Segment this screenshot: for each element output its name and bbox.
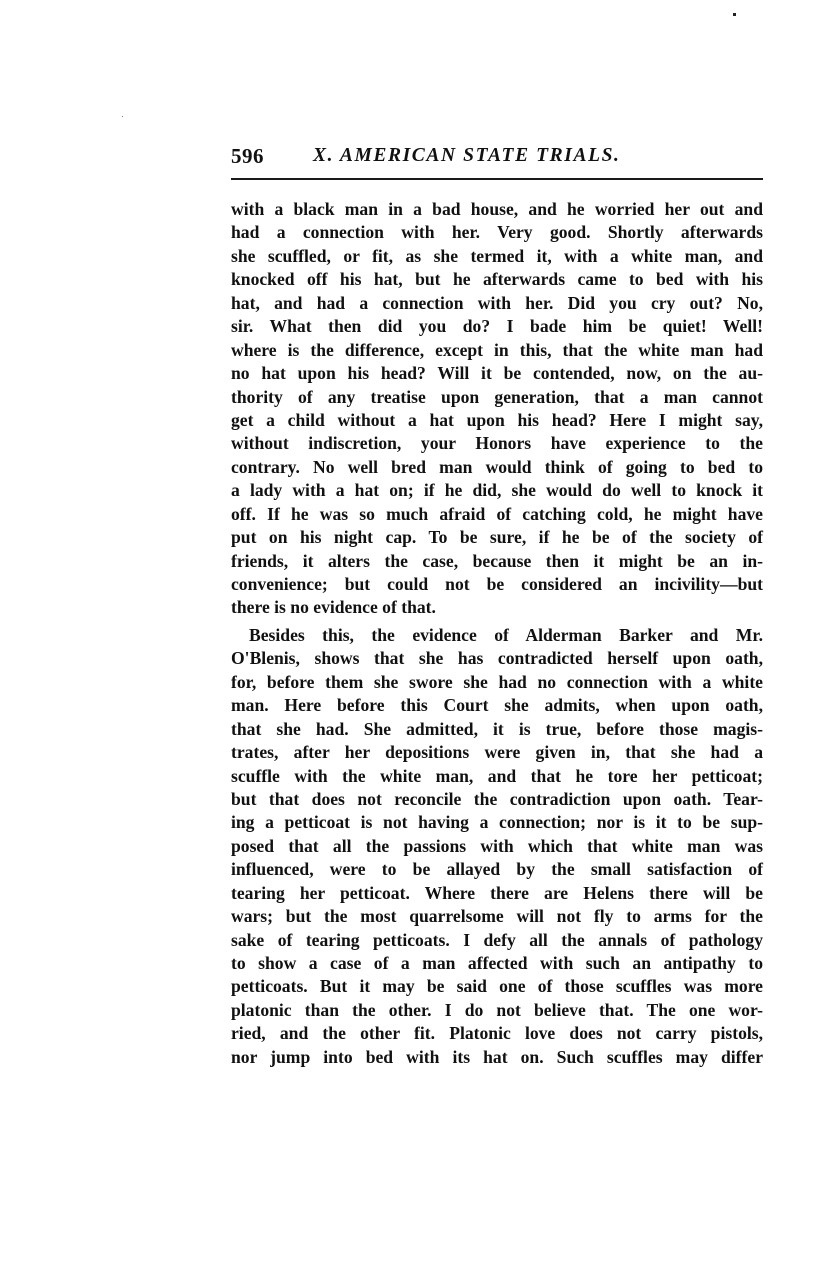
- header-rule: [231, 178, 763, 180]
- text-line: there is no evidence of that.: [231, 596, 763, 619]
- text-line: petticoats. But it may be said one of th…: [231, 975, 763, 998]
- text-line: that she had. She admitted, it is true, …: [231, 718, 763, 741]
- body-text: with a black man in a bad house, and he …: [231, 198, 763, 1069]
- text-line: but that does not reconcile the contradi…: [231, 788, 763, 811]
- text-line: Besides this, the evidence of Alderman B…: [231, 624, 763, 647]
- text-line: a lady with a hat on; if he did, she wou…: [231, 479, 763, 502]
- text-line: put on his night cap. To be sure, if he …: [231, 526, 763, 549]
- text-line: convenience; but could not be considered…: [231, 573, 763, 596]
- paragraph-2: Besides this, the evidence of Alderman B…: [231, 624, 763, 1069]
- text-line: wars; but the most quarrelsome will not …: [231, 905, 763, 928]
- text-line: nor jump into bed with its hat on. Such …: [231, 1046, 763, 1069]
- scan-speck: [733, 13, 736, 16]
- text-line: thority of any treatise upon generation,…: [231, 386, 763, 409]
- text-line: with a black man in a bad house, and he …: [231, 198, 763, 221]
- text-line: ried, and the other fit. Platonic love d…: [231, 1022, 763, 1045]
- text-line: posed that all the passions with which t…: [231, 835, 763, 858]
- text-line: man. Here before this Court she admits, …: [231, 694, 763, 717]
- text-line: contrary. No well bred man would think o…: [231, 456, 763, 479]
- scan-speck: [122, 116, 123, 117]
- text-line: tearing her petticoat. Where there are H…: [231, 882, 763, 905]
- text-line: where is the difference, except in this,…: [231, 339, 763, 362]
- running-head: 596 X. AMERICAN STATE TRIALS.: [231, 144, 763, 174]
- text-line: for, before them she swore she had no co…: [231, 671, 763, 694]
- running-title: X. AMERICAN STATE TRIALS.: [313, 145, 621, 167]
- text-line: had a connection with her. Very good. Sh…: [231, 221, 763, 244]
- text-line: trates, after her depositions were given…: [231, 741, 763, 764]
- text-line: to show a case of a man affected with su…: [231, 952, 763, 975]
- text-line: ing a petticoat is not having a connecti…: [231, 811, 763, 834]
- text-line: hat, and had a connection with her. Did …: [231, 292, 763, 315]
- text-line: no hat upon his head? Will it be contend…: [231, 362, 763, 385]
- text-line: sake of tearing petticoats. I defy all t…: [231, 929, 763, 952]
- text-line-content: Besides this, the evidence of Alderman B…: [249, 624, 763, 647]
- page-number: 596: [231, 144, 264, 169]
- text-line: knocked off his hat, but he afterwards c…: [231, 268, 763, 291]
- text-line: without indiscretion, your Honors have e…: [231, 432, 763, 455]
- text-line: off. If he was so much afraid of catchin…: [231, 503, 763, 526]
- text-line: O'Blenis, shows that she has contradicte…: [231, 647, 763, 670]
- text-line: friends, it alters the case, because the…: [231, 550, 763, 573]
- paragraph-1: with a black man in a bad house, and he …: [231, 198, 763, 620]
- text-line: scuffle with the white man, and that he …: [231, 765, 763, 788]
- text-line: sir. What then did you do? I bade him be…: [231, 315, 763, 338]
- text-line: she scuffled, or fit, as she termed it, …: [231, 245, 763, 268]
- text-line: get a child without a hat upon his head?…: [231, 409, 763, 432]
- book-page: 596 X. AMERICAN STATE TRIALS. with a bla…: [231, 144, 763, 174]
- text-line: platonic than the other. I do not believ…: [231, 999, 763, 1022]
- text-line: influenced, were to be allayed by the sm…: [231, 858, 763, 881]
